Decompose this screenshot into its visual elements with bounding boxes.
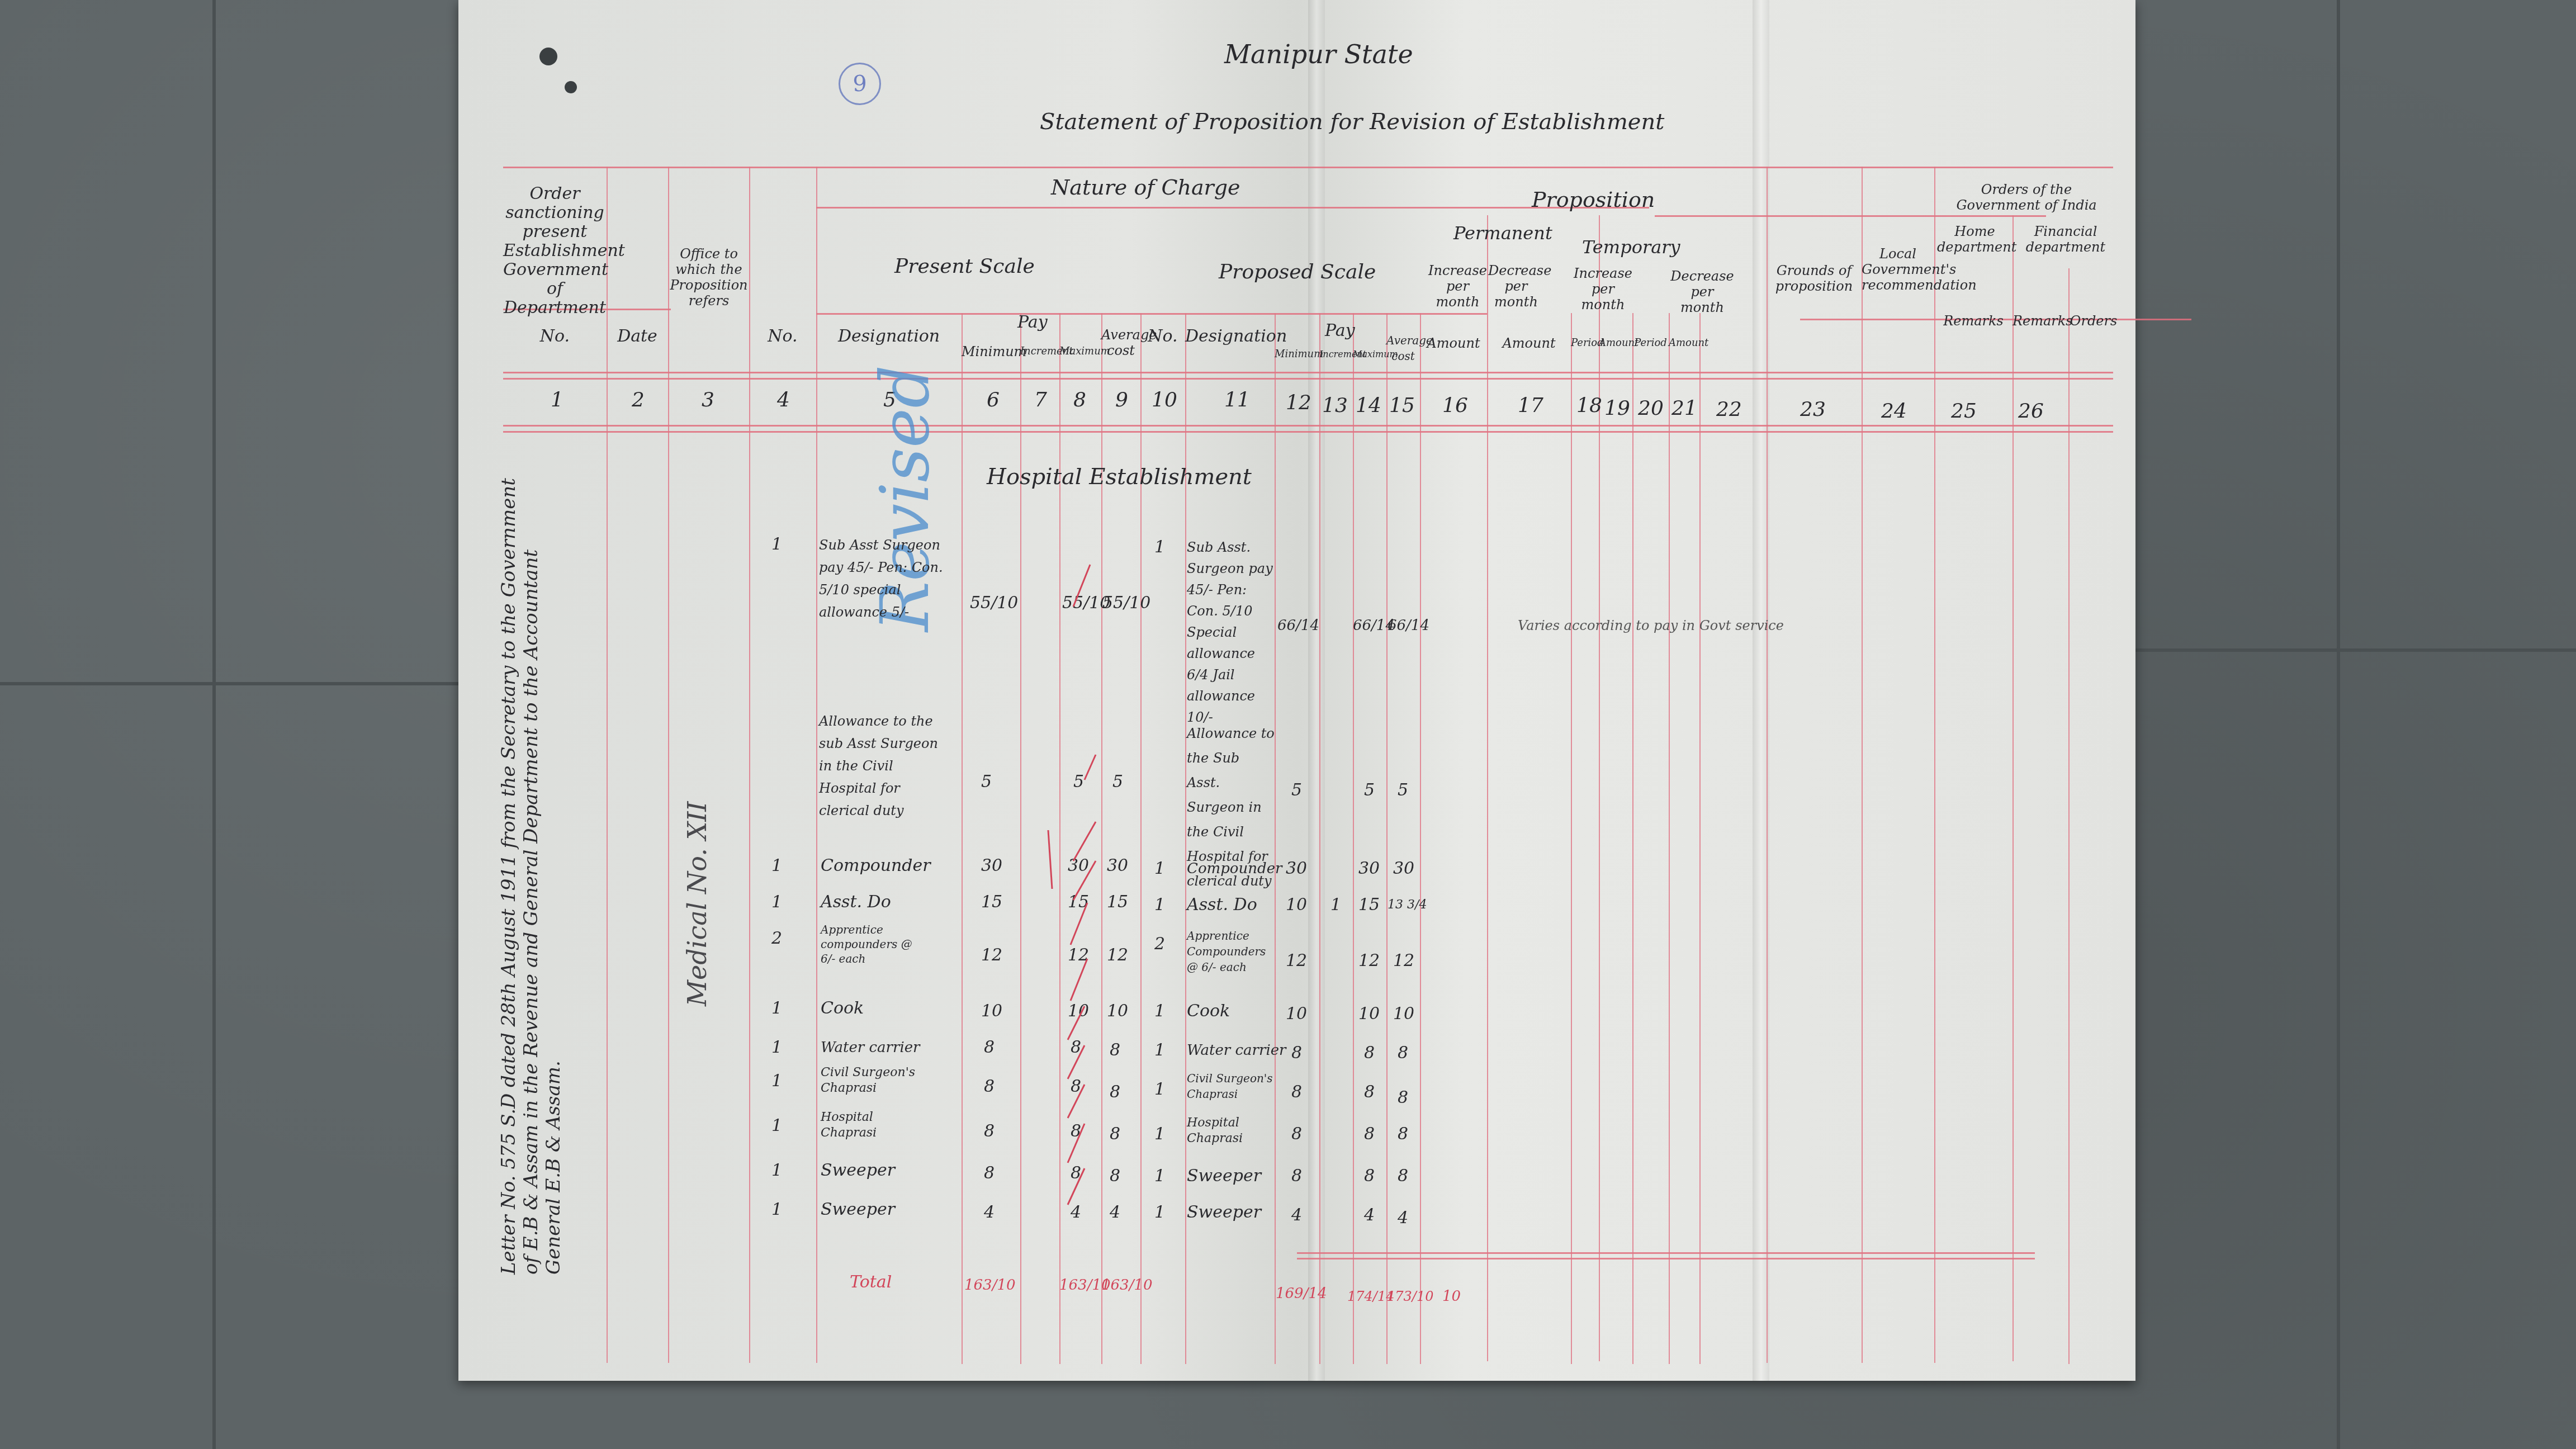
document-sheet: 9 Manipur State Statement of Proposition…: [458, 0, 2135, 1381]
floor-tile-seam: [0, 682, 458, 685]
floor-tile-seam: [2135, 648, 2576, 652]
floor-tile-seam: [2337, 0, 2340, 1449]
red-tick-marks: [458, 0, 2135, 1381]
floor-tile-seam: [212, 0, 216, 1449]
